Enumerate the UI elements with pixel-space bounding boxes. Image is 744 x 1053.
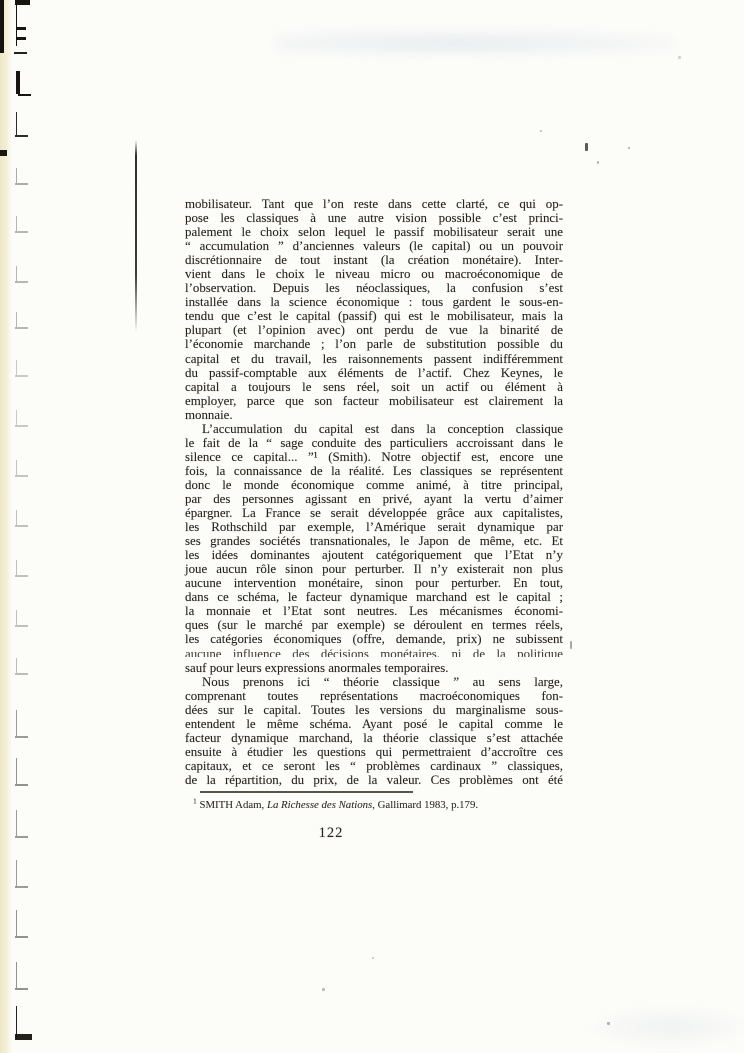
text-line: plupart (et l’opinion avec) ont perdu de… (185, 323, 563, 337)
text-line: l’observation. Depuis les néoclassiques,… (185, 281, 563, 295)
text-line: capital a toujours le sens réel, soit un… (185, 380, 563, 394)
binder-mark (16, 758, 31, 784)
text-line: fois, la connaissance de la réalité. Les… (185, 464, 563, 478)
scan-speck (322, 988, 325, 991)
left-edge-strip (0, 0, 12, 1053)
text-block: mobilisateur. Tant que l’on reste dans c… (185, 197, 563, 787)
text-line: facteur dynamique marchand, la théorie c… (185, 731, 563, 745)
text-line: dans ce schéma, le facteur dynamique mar… (185, 590, 563, 604)
scan-speck (540, 130, 542, 132)
binder-mark (16, 860, 31, 886)
text-line: L’accumulation du capital est dans la co… (185, 422, 563, 436)
scan-speck (678, 56, 681, 59)
text-line: les Rothschild par exemple, l’Amérique s… (185, 520, 563, 534)
footnote-text-prefix: SMITH Adam, (197, 799, 267, 811)
text-line: comprenant toutes représentations macroé… (185, 689, 563, 703)
binder-mark (16, 910, 31, 936)
ghost-text-band (275, 30, 675, 56)
text-line: le fait de la “ sage conduite des partic… (185, 436, 563, 450)
text-line: monnaie. (185, 408, 563, 422)
footnote-text-suffix: , Gallimard 1983, p.179. (372, 799, 478, 811)
text-line: sauf pour leurs expressions anormales te… (185, 661, 563, 675)
text-line: l’économie marchande ; l’on parle de sub… (185, 337, 563, 351)
binder-mark (16, 962, 31, 988)
binder-mark (16, 312, 31, 327)
binder-mark (16, 168, 31, 183)
binder-mark (16, 810, 31, 836)
scan-speck (597, 161, 599, 164)
paragraph: L’accumulation du capital est dans la co… (185, 422, 563, 675)
text-line: ensuite à étudier les questions qui perm… (185, 745, 563, 759)
scan-speck (570, 641, 572, 649)
left-edge-dash (0, 150, 7, 156)
binder-mark (16, 216, 31, 231)
paragraph: Nous prenons ici “ théorie classique ” a… (185, 675, 563, 787)
binder-mark (16, 2, 31, 46)
binder-mark (16, 266, 31, 281)
text-line: mobilisateur. Tant que l’on reste dans c… (185, 197, 563, 211)
text-line: discrétionnaire de tout instant (la créa… (185, 253, 563, 267)
text-line: du passif-comptable aux éléments de l’ac… (185, 366, 563, 380)
binder-mark (16, 410, 31, 425)
text-line: aucune influence des décisions monétaire… (185, 647, 563, 657)
text-line: ques (sur le marché par exemple) se déro… (185, 618, 563, 632)
footnote-title: La Richesse des Nations (267, 799, 372, 811)
binder-mark (16, 112, 31, 135)
text-line: installée dans la science économique : t… (185, 295, 563, 309)
binder-mark (16, 658, 31, 673)
paragraph: mobilisateur. Tant que l’on reste dans c… (185, 197, 563, 422)
binder-mark (16, 360, 31, 375)
binder-mark (16, 710, 31, 736)
scan-page: mobilisateur. Tant que l’on reste dans c… (0, 0, 744, 1053)
text-line: tendu que c’est le capital (passif) qui … (185, 309, 563, 323)
page-number: 122 (303, 825, 359, 842)
bottom-right-smudge (590, 1008, 744, 1046)
text-line: de la répartition, du prix, de la valeur… (185, 773, 563, 787)
scan-speck (585, 143, 588, 151)
text-line: palement le choix selon lequel le passif… (185, 225, 563, 239)
text-line: silence ce capital... ”¹ (Smith). Notre … (185, 450, 563, 464)
scan-line-artifact (135, 140, 137, 333)
text-line: pose les classiques à une autre vision p… (185, 211, 563, 225)
footnote-rule (200, 791, 413, 793)
binder-mark (16, 50, 30, 52)
left-edge-black-corner (0, 0, 4, 53)
binder-mark (16, 560, 31, 575)
binder-mark (16, 610, 31, 625)
text-line: joue aucun rôle sinon pour perturber. Il… (185, 562, 563, 576)
scan-speck (628, 147, 630, 149)
text-line: capitaux, et ce seront les “ problèmes c… (185, 759, 563, 773)
text-line: aucune intervention monétaire, sinon pou… (185, 576, 563, 590)
text-line: vient dans le choix le niveau micro ou m… (185, 267, 563, 281)
text-line: dées sur le capital. Toutes les versions… (185, 703, 563, 717)
text-line: ses grandes sociétés transnationales, le… (185, 534, 563, 548)
text-line: donc le monde économique comme animé, à … (185, 478, 563, 492)
text-line: la monnaie et l’Etat sont neutres. Les m… (185, 604, 563, 618)
scan-speck (372, 957, 374, 959)
binder-mark (16, 460, 31, 475)
text-line: épargner. La France se serait développée… (185, 506, 563, 520)
binder-mark (16, 1006, 31, 1038)
text-line: les catégories économiques (offre, deman… (185, 632, 563, 646)
text-line: entendent le même schéma. Ayant posé le … (185, 717, 563, 731)
binder-mark (16, 71, 34, 94)
binder-mark (16, 510, 31, 525)
footnote: 1 SMITH Adam, La Richesse des Nations, G… (193, 799, 583, 812)
text-line: “ accumulation ” d’anciennes valeurs (le… (185, 239, 563, 253)
text-line: par des personnes agissant en privé, aya… (185, 492, 563, 506)
text-line: Nous prenons ici “ théorie classique ” a… (185, 675, 563, 689)
text-line: employer, parce que son facteur mobilisa… (185, 394, 563, 408)
text-line: les idées dominantes ajoutent catégoriqu… (185, 548, 563, 562)
scan-speck (607, 1022, 610, 1025)
text-line: capital et du travail, les raisonnements… (185, 352, 563, 366)
